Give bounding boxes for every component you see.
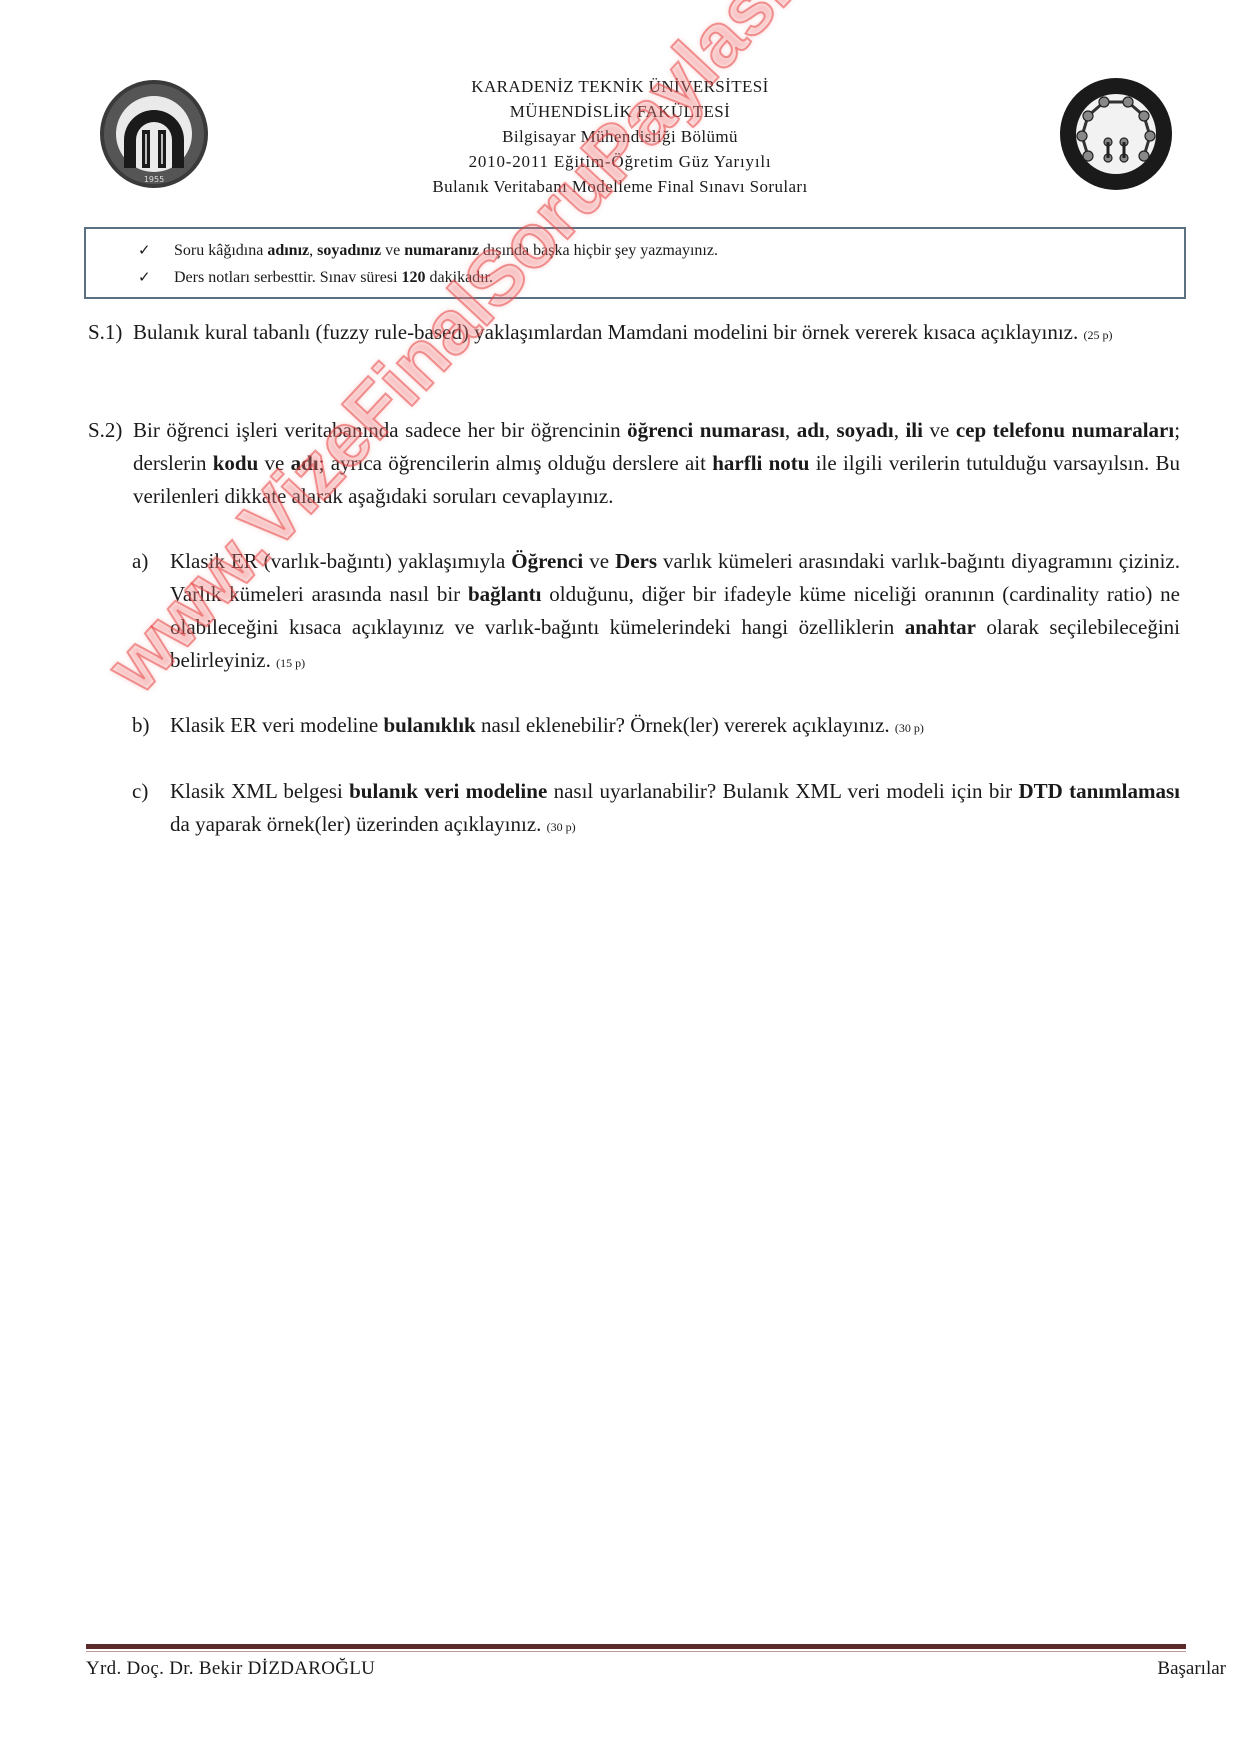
subquestion-a: a) Klasik ER (varlık-bağıntı) yaklaşımıy… — [132, 545, 1180, 680]
subquestion-text: Klasik ER (varlık-bağıntı) yaklaşımıyla … — [170, 545, 1180, 680]
bold-term: Öğrenci — [511, 549, 583, 573]
footer-divider — [86, 1644, 1186, 1649]
question-1: S.1) Bulanık kural tabanlı (fuzzy rule-b… — [88, 316, 1180, 352]
text-run: dakikadır. — [426, 269, 494, 286]
text-run: , — [894, 418, 906, 442]
bold-term: adı — [797, 418, 825, 442]
bold-term: soyadı — [837, 418, 894, 442]
bold-term: Ders — [615, 549, 657, 573]
text-run: ve — [923, 418, 956, 442]
footer-author: Yrd. Doç. Dr. Bekir DİZDAROĞLU — [86, 1658, 375, 1680]
text-run: Bir öğrenci işleri veritabanında sadece … — [133, 418, 627, 442]
subquestion-c: c) Klasik XML belgesi bulanık veri model… — [132, 775, 1180, 844]
instructions-list: ✓Soru kâğıdına adınız, soyadınız ve numa… — [86, 229, 1184, 291]
text-run: nasıl eklenebilir? Örnek(ler) vererek aç… — [476, 713, 895, 737]
points-label: (30 p) — [547, 820, 576, 834]
text-run: dışında başka hiçbir şey yazmayınız. — [479, 242, 718, 259]
points-label: (15 p) — [276, 656, 305, 670]
question-number: S.1) — [88, 316, 122, 349]
ktu-university-seal-icon: 1955 — [98, 78, 210, 190]
question-text: Bir öğrenci işleri veritabanında sadece … — [133, 414, 1180, 513]
text-run: Soru kâğıdına — [174, 242, 267, 259]
text-run: ve — [258, 451, 290, 475]
footer-closing: Başarılar — [1157, 1658, 1226, 1680]
subquestion-text: Klasik XML belgesi bulanık veri modeline… — [170, 775, 1180, 844]
check-icon: ✓ — [138, 264, 151, 291]
check-icon: ✓ — [138, 237, 151, 264]
faculty-name: MÜHENDİSLİK FAKÜLTESİ — [300, 99, 940, 124]
text-run: Klasik ER (varlık-bağıntı) yaklaşımıyla — [170, 549, 511, 573]
bold-term: 120 — [402, 269, 426, 286]
text-run: ve — [381, 242, 404, 259]
text-run: da yaparak örnek(ler) üzerinden açıklayı… — [170, 812, 547, 836]
svg-text:1955: 1955 — [144, 175, 164, 184]
bold-term: numaranız — [404, 242, 479, 259]
instruction-item: ✓Ders notları serbesttir. Sınav süresi 1… — [138, 264, 1184, 291]
bold-term: harfli notu — [712, 451, 809, 475]
text-run: nasıl uyarlanabilir? Bulanık XML veri mo… — [547, 779, 1018, 803]
footer-divider-thin — [86, 1651, 1186, 1652]
bold-term: öğrenci numarası — [627, 418, 785, 442]
subquestion-label: a) — [132, 545, 148, 578]
bold-term: ili — [905, 418, 923, 442]
text-run: Ders notları serbesttir. Sınav süresi — [174, 269, 402, 286]
document-header: KARADENİZ TEKNİK ÜNİVERSİTESİ MÜHENDİSLİ… — [300, 74, 940, 199]
bold-term: DTD tanımlaması — [1018, 779, 1179, 803]
department-logo — [1058, 76, 1174, 192]
subquestion-text: Klasik ER veri modeline bulanıklık nasıl… — [170, 709, 1180, 745]
text-run: Bulanık kural tabanlı (fuzzy rule-based)… — [133, 320, 1083, 344]
bold-term: bağlantı — [468, 582, 542, 606]
text-run: Klasik ER veri modeline — [170, 713, 383, 737]
university-logo: 1955 — [98, 78, 210, 190]
university-name: KARADENİZ TEKNİK ÜNİVERSİTESİ — [300, 74, 940, 99]
subquestion-label: c) — [132, 775, 148, 808]
instructions-box: ✓Soru kâğıdına adınız, soyadınız ve numa… — [84, 227, 1186, 299]
question-number: S.2) — [88, 414, 122, 447]
bold-term: adınız — [267, 242, 309, 259]
bold-term: soyadınız — [317, 242, 381, 259]
text-run: , — [825, 418, 837, 442]
academic-term: 2010-2011 Eğitim-Öğretim Güz Yarıyılı — [300, 149, 940, 174]
department-name: Bilgisayar Mühendisliği Bölümü — [300, 124, 940, 149]
text-run: ; ayrıca öğrencilerin almış olduğu dersl… — [319, 451, 713, 475]
bold-term: anahtar — [905, 615, 976, 639]
computer-engineering-dept-seal-icon — [1058, 76, 1174, 192]
text-run: Klasik XML belgesi — [170, 779, 349, 803]
question-text: Bulanık kural tabanlı (fuzzy rule-based)… — [133, 316, 1180, 352]
bold-term: cep telefonu numaraları — [956, 418, 1174, 442]
subquestion-b: b) Klasik ER veri modeline bulanıklık na… — [132, 709, 1180, 745]
instruction-item: ✓Soru kâğıdına adınız, soyadınız ve numa… — [138, 237, 1184, 264]
text-run: ve — [583, 549, 615, 573]
bold-term: kodu — [213, 451, 259, 475]
text-run: , — [785, 418, 797, 442]
points-label: (25 p) — [1083, 328, 1112, 342]
subquestion-label: b) — [132, 709, 150, 742]
exam-title: Bulanık Veritabanı Modelleme Final Sınav… — [300, 174, 940, 199]
text-run: , — [309, 242, 317, 259]
bold-term: bulanık veri modeline — [349, 779, 547, 803]
bold-term: adı — [291, 451, 319, 475]
bold-term: bulanıklık — [383, 713, 475, 737]
points-label: (30 p) — [895, 721, 924, 735]
question-2: S.2) Bir öğrenci işleri veritabanında sa… — [88, 414, 1180, 513]
